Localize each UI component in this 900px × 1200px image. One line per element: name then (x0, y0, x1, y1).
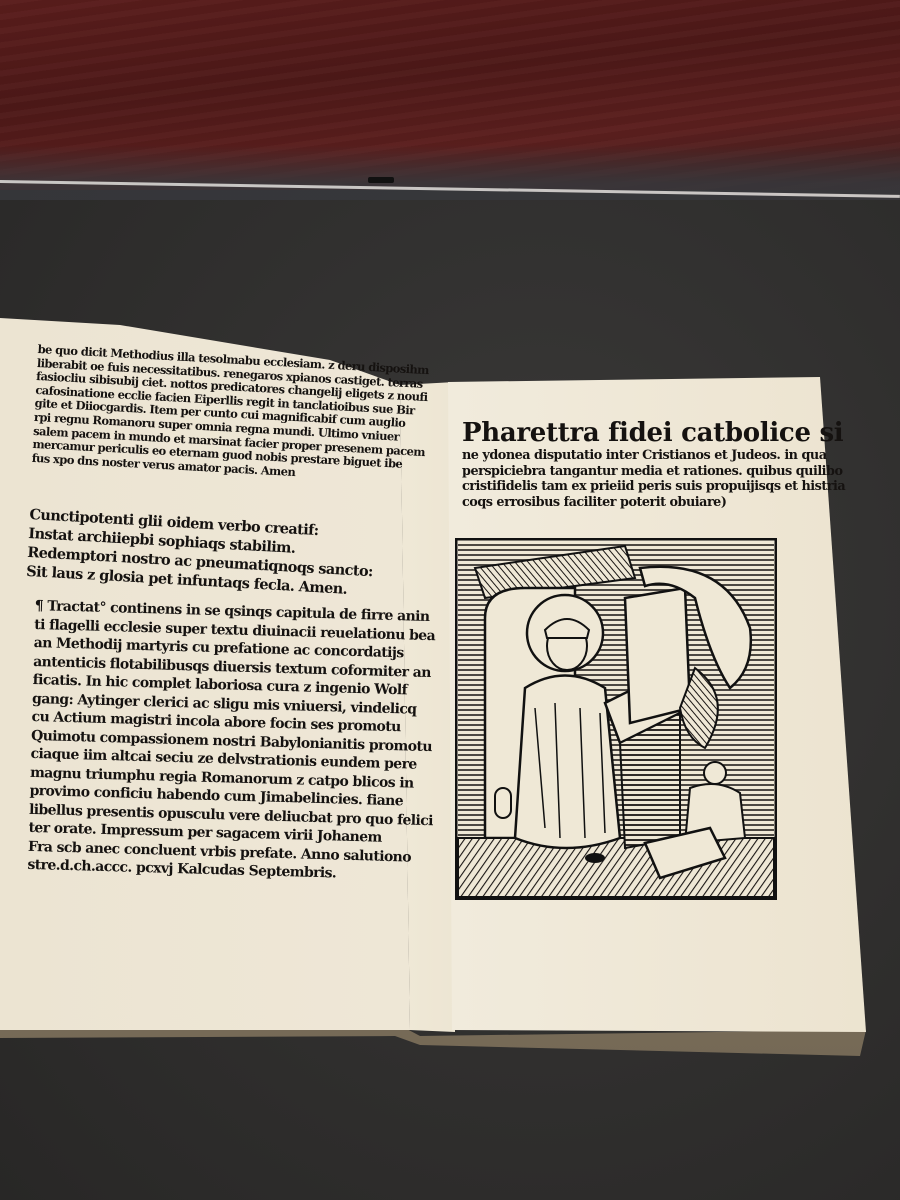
book-title: Pharettra fidei catbolice si (462, 418, 845, 448)
subtitle-line: cristifidelis tam ex prieiid peris suis … (462, 479, 845, 495)
right-title-block: Pharettra fidei catbolice si ne ydonea d… (462, 418, 845, 510)
subtitle-line: coqs errosibus faciliter poterit obuiare… (462, 495, 845, 511)
subtitle-line: perspiciebra tangantur media et rationes… (462, 464, 845, 480)
subtitle-line: ne ydonea disputatio inter Cristianos et… (462, 448, 845, 464)
woodcut-illustration (455, 538, 777, 900)
left-paragraph: be quo dicit Methodius illa tesolmabu ec… (31, 343, 429, 486)
glass-clip (368, 177, 394, 183)
left-tractatus: ¶ Tractat° continens in se qsinqs capitu… (27, 597, 439, 886)
